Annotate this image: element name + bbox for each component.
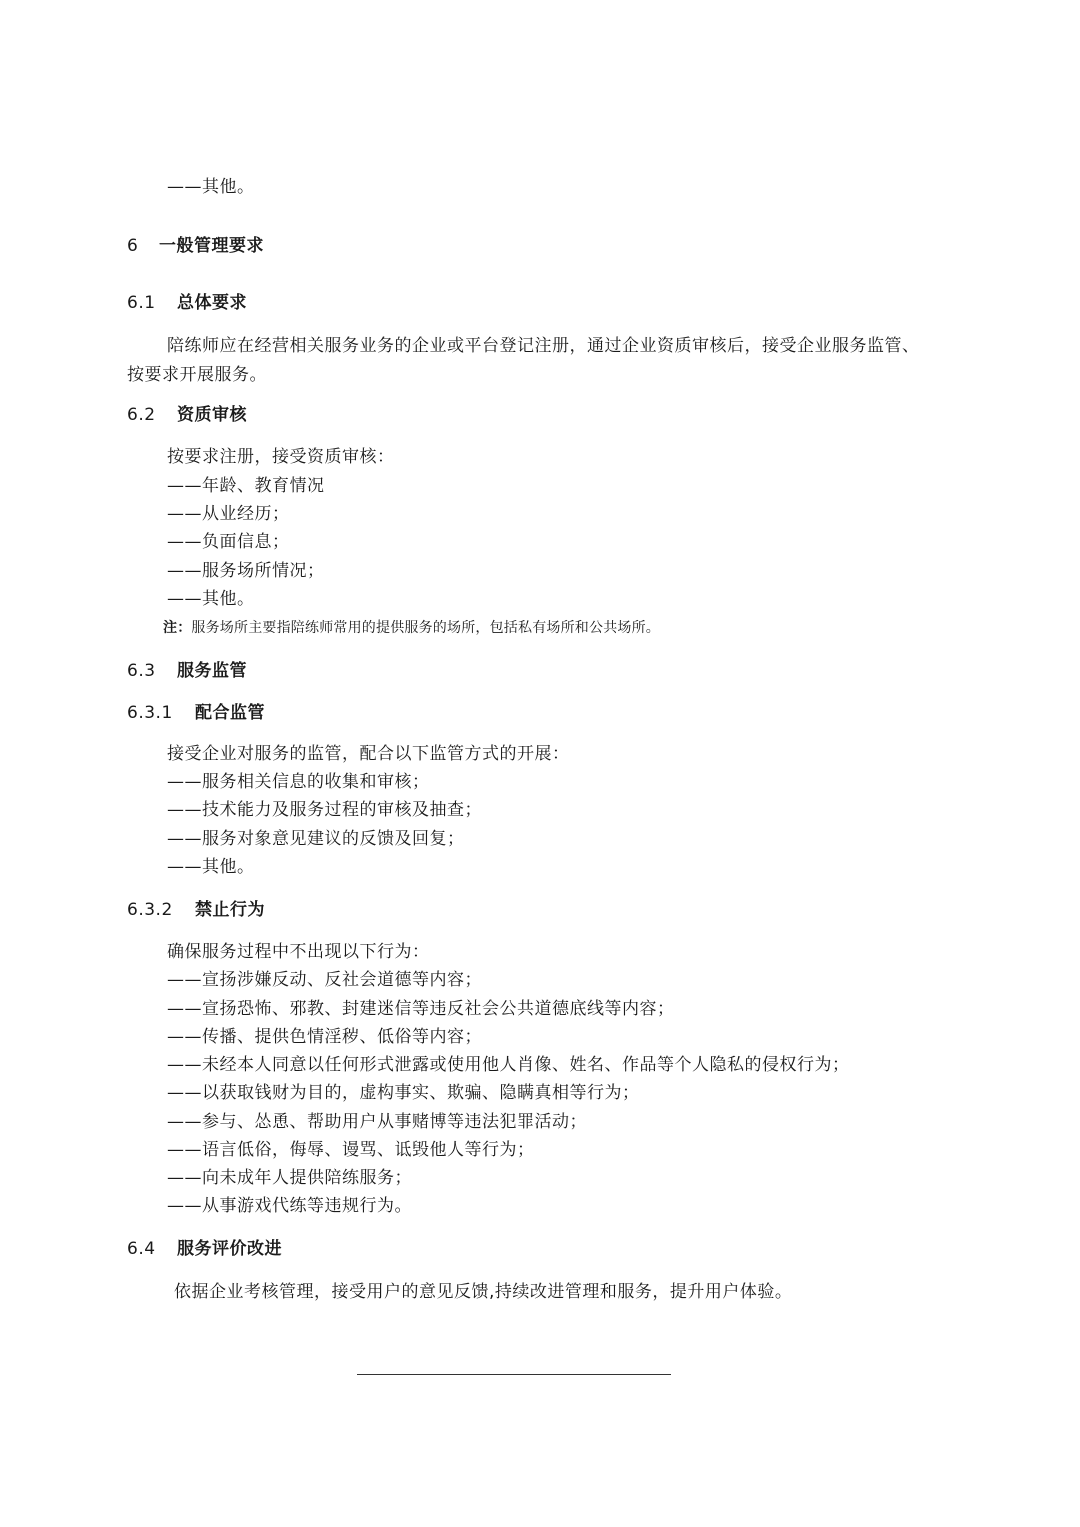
section-title: 配合监管 [195, 703, 265, 723]
end-rule-divider [357, 1374, 671, 1375]
section-heading-6-1: 6.1总体要求 [127, 292, 247, 314]
section-title: 一般管理要求 [159, 236, 264, 256]
paragraph-intro: 确保服务过程中不出现以下行为： [167, 941, 430, 963]
paragraph: 依据企业考核管理，接受用户的意见反馈,持续改进管理和服务，提升用户体验。 [174, 1281, 792, 1303]
note: 注：服务场所主要指陪练师常用的提供服务的场所，包括私有场所和公共场所。 [163, 617, 660, 639]
list-item: ——传播、提供色情淫秽、低俗等内容； [167, 1026, 482, 1048]
list-item: ——以获取钱财为目的，虚构事实、欺骗、隐瞒真相等行为； [167, 1082, 640, 1104]
section-heading-6-3: 6.3服务监管 [127, 660, 247, 682]
section-heading-6-4: 6.4服务评价改进 [127, 1238, 282, 1260]
list-item: ——负面信息； [167, 531, 290, 553]
section-title: 总体要求 [177, 293, 247, 313]
list-item: ——从业经历； [167, 503, 290, 525]
list-item: ——宣扬恐怖、邪教、封建迷信等违反社会公共道德底线等内容； [167, 998, 675, 1020]
paragraph-line: 按要求开展服务。 [127, 364, 267, 386]
list-item: ——其他。 [167, 856, 255, 878]
section-title: 服务评价改进 [177, 1239, 282, 1259]
section-number: 6.1 [127, 292, 177, 314]
section-title: 禁止行为 [195, 900, 265, 920]
note-label: 注： [163, 620, 191, 636]
list-item: ——服务相关信息的收集和审核； [167, 771, 430, 793]
section-number: 6.4 [127, 1238, 177, 1260]
list-item: ——参与、怂恿、帮助用户从事赌博等违法犯罪活动； [167, 1111, 587, 1133]
list-item: ——服务场所情况； [167, 560, 325, 582]
list-item: ——技术能力及服务过程的审核及抽查； [167, 799, 482, 821]
section-number: 6.3 [127, 660, 177, 682]
list-item: ——未经本人同意以任何形式泄露或使用他人肖像、姓名、作品等个人隐私的侵权行为； [167, 1054, 850, 1076]
list-item: ——服务对象意见建议的反馈及回复； [167, 828, 465, 850]
section-number: 6.3.1 [127, 702, 195, 724]
section-heading-6-3-1: 6.3.1配合监管 [127, 702, 265, 724]
paragraph-intro: 接受企业对服务的监管，配合以下监管方式的开展： [167, 743, 570, 765]
section-number: 6.3.2 [127, 899, 195, 921]
paragraph-intro: 按要求注册，接受资质审核： [167, 446, 395, 468]
section-number: 6.2 [127, 404, 177, 426]
list-item: ——年龄、教育情况 [167, 475, 325, 497]
list-item: ——从事游戏代练等违规行为。 [167, 1195, 412, 1217]
list-item: ——向未成年人提供陪练服务； [167, 1167, 412, 1189]
list-item: ——其他。 [167, 176, 255, 198]
section-title: 资质审核 [177, 405, 247, 425]
paragraph-line: 陪练师应在经营相关服务业务的企业或平台登记注册，通过企业资质审核后，接受企业服务… [167, 335, 920, 357]
section-heading-6-2: 6.2资质审核 [127, 404, 247, 426]
section-heading-6: 6一般管理要求 [127, 235, 264, 257]
section-heading-6-3-2: 6.3.2禁止行为 [127, 899, 265, 921]
list-item: ——其他。 [167, 588, 255, 610]
list-item: ——语言低俗，侮辱、谩骂、诋毁他人等行为； [167, 1139, 535, 1161]
section-title: 服务监管 [177, 661, 247, 681]
note-text: 服务场所主要指陪练师常用的提供服务的场所，包括私有场所和公共场所。 [191, 620, 660, 636]
list-item: ——宣扬涉嫌反动、反社会道德等内容； [167, 969, 482, 991]
section-number: 6 [127, 235, 159, 257]
